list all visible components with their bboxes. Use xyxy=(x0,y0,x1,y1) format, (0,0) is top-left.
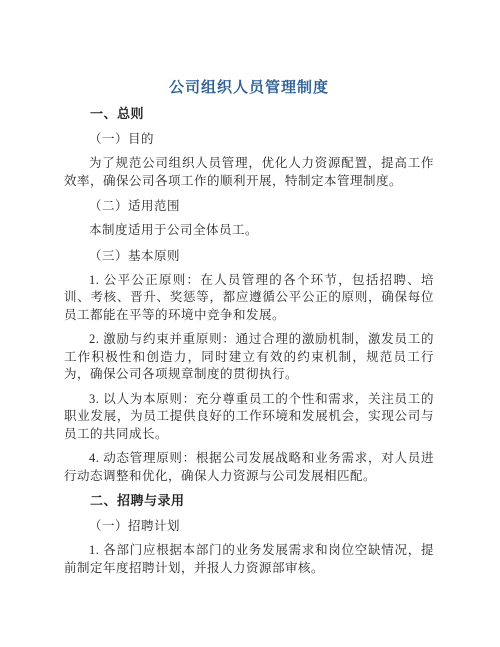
paragraph-principle-2: 2. 激励与约束并重原则：通过合理的激励机制，激发员工的工作积极性和创造力，同时… xyxy=(64,331,434,384)
sub-heading-principles: （三）基本原则 xyxy=(64,247,434,265)
document-content: 公司组织人员管理制度 一、总则 （一）目的 为了规范公司组织人员管理，优化人力资… xyxy=(0,0,500,577)
document-title: 公司组织人员管理制度 xyxy=(64,78,434,98)
sub-heading-scope: （二）适用范围 xyxy=(64,197,434,215)
section-heading-2: 二、招聘与录用 xyxy=(64,492,434,510)
paragraph-purpose: 为了规范公司组织人员管理，优化人力资源配置，提高工作效率，确保公司各项工作的顺利… xyxy=(64,155,434,190)
paragraph-principle-1: 1. 公平公正原则：在人员管理的各个环节，包括招聘、培训、考核、晋升、奖惩等，都… xyxy=(64,272,434,325)
section-heading-1: 一、总则 xyxy=(64,105,434,123)
sub-heading-recruit-plan: （一）招聘计划 xyxy=(64,517,434,535)
paragraph-scope: 本制度适用于公司全体员工。 xyxy=(64,222,434,240)
paragraph-recruit-plan: 1. 各部门应根据本部门的业务发展需求和岗位空缺情况，提前制定年度招聘计划，并报… xyxy=(64,542,434,577)
sub-heading-purpose: （一）目的 xyxy=(64,130,434,148)
document-page: 公司组织人员管理制度 一、总则 （一）目的 为了规范公司组织人员管理，优化人力资… xyxy=(0,0,500,647)
paragraph-principle-4: 4. 动态管理原则：根据公司发展战略和业务需求，对人员进行动态调整和优化，确保人… xyxy=(64,450,434,485)
paragraph-principle-3: 3. 以人为本原则：充分尊重员工的个性和需求，关注员工的职业发展，为员工提供良好… xyxy=(64,391,434,444)
